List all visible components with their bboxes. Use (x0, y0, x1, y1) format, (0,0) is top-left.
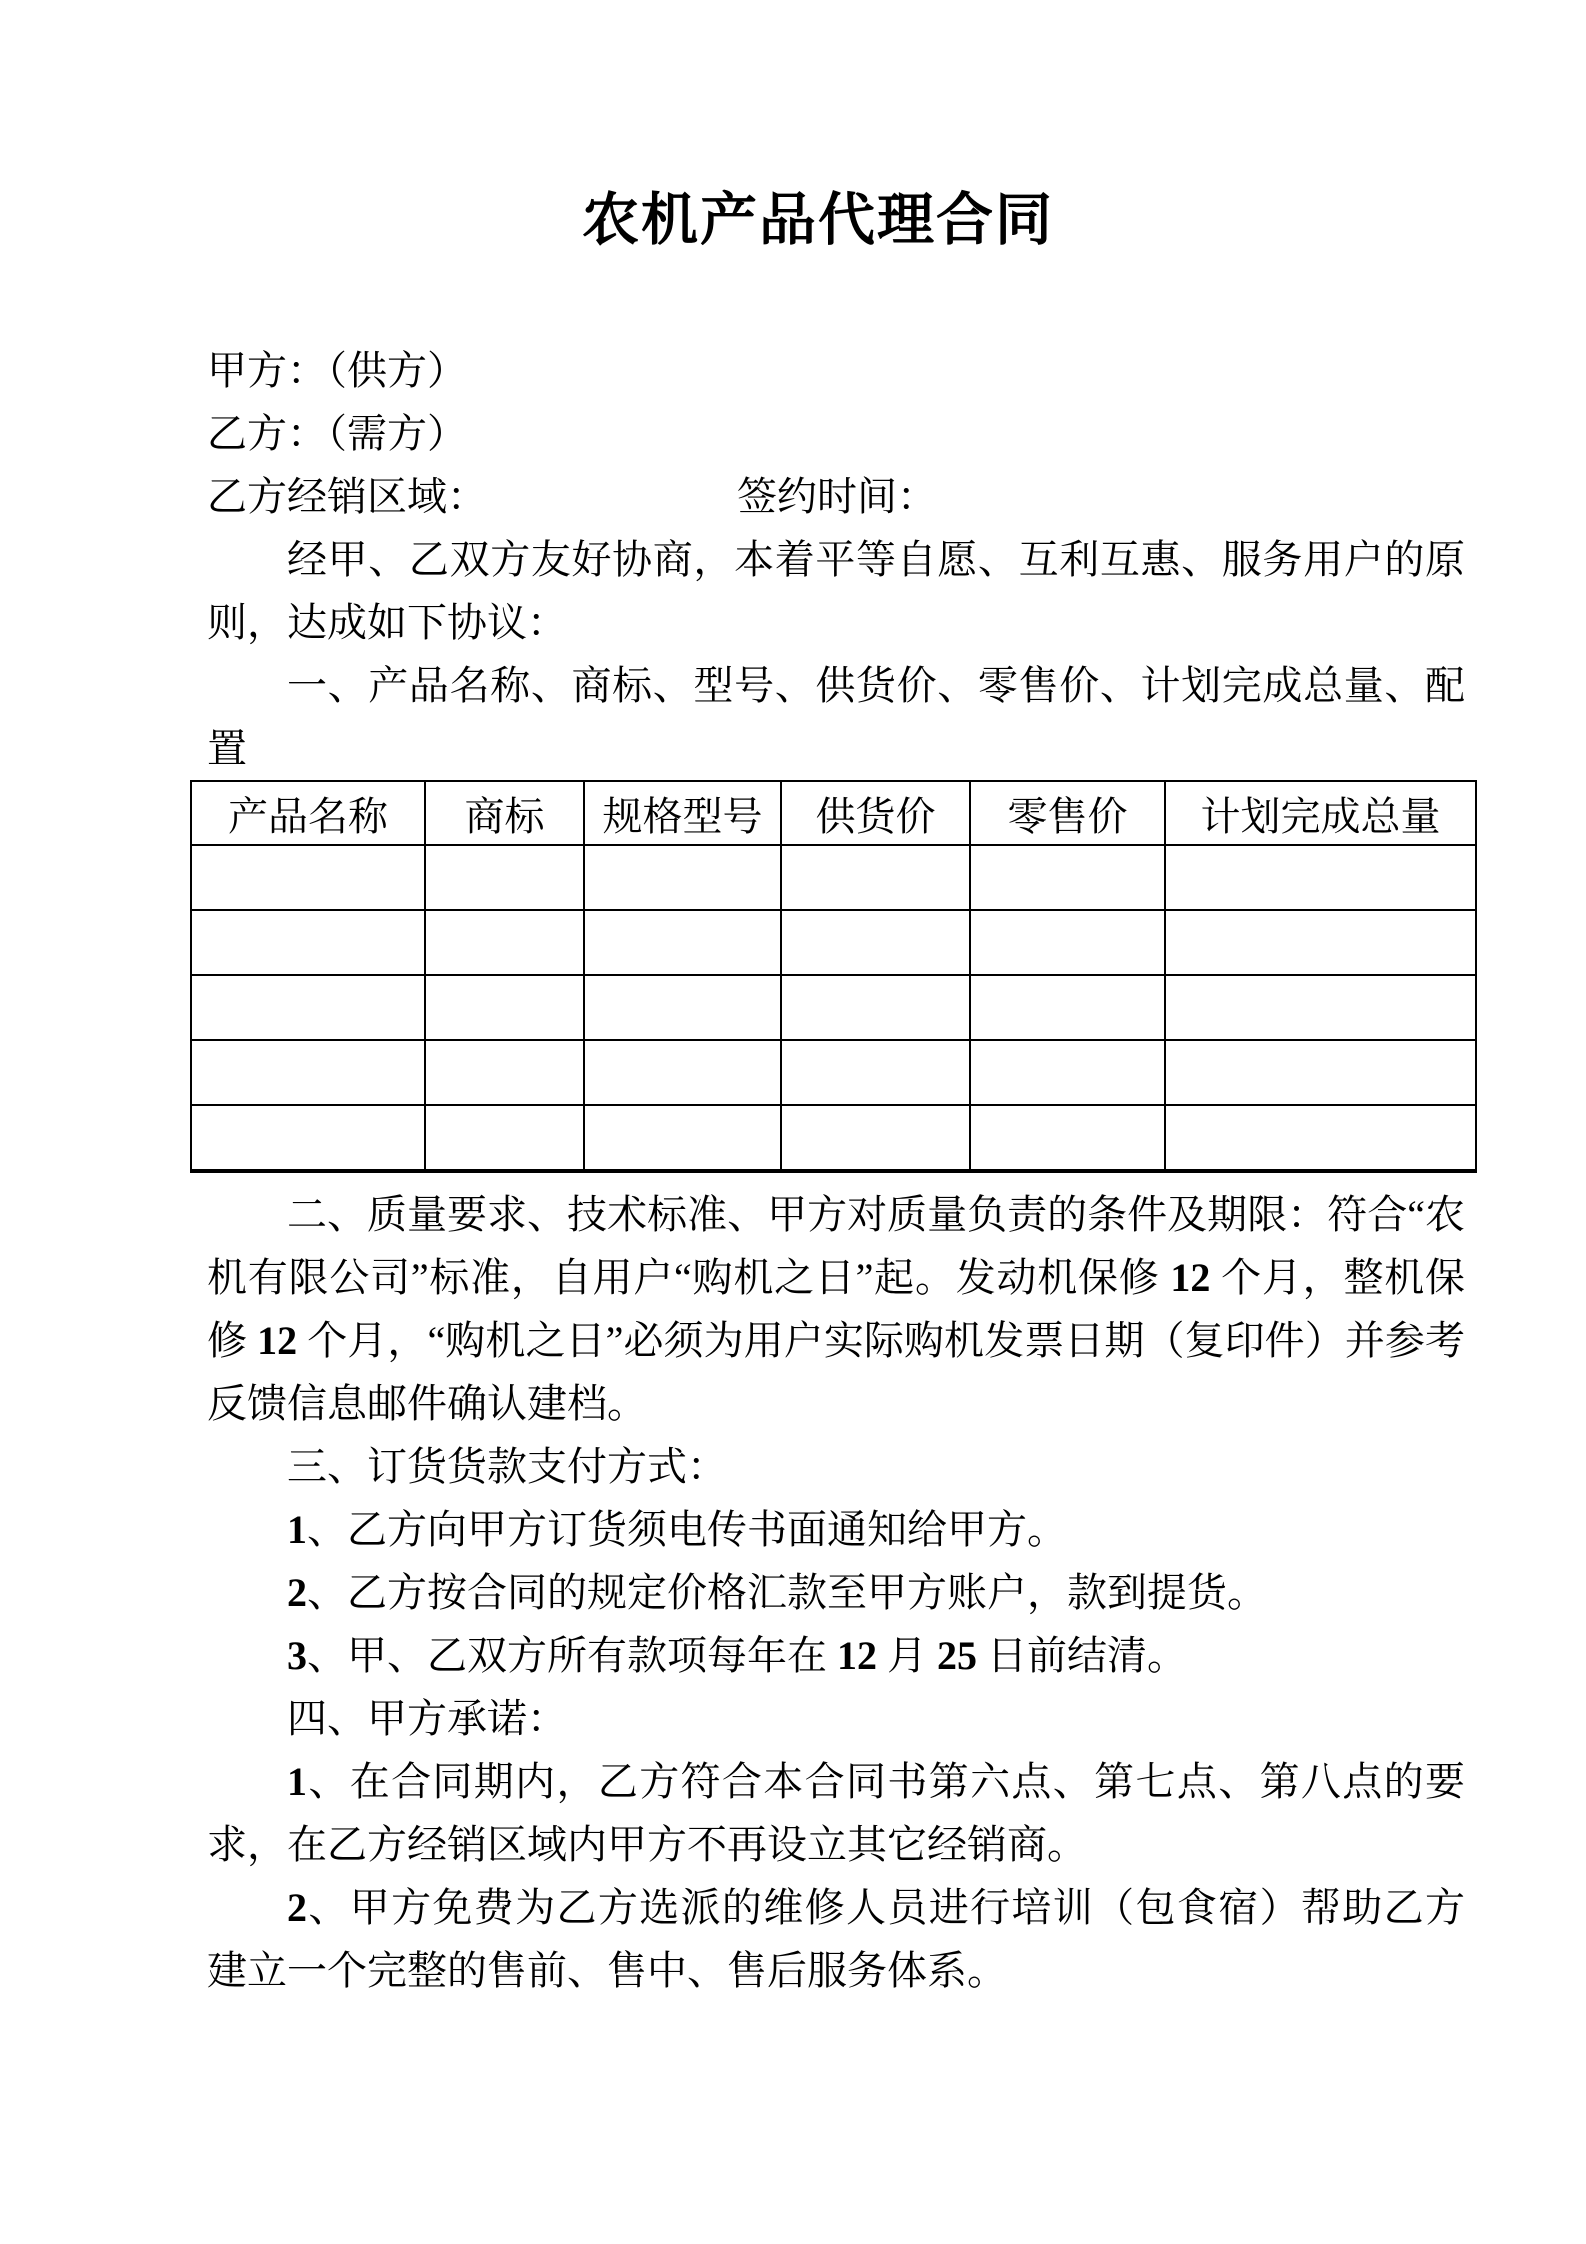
table-cell (781, 910, 970, 975)
table-cell (970, 975, 1165, 1040)
table-row (191, 845, 1476, 910)
sign-time-label: 签约时间： (737, 474, 937, 519)
text-run: 经甲、乙双方友好协商，本着平等自愿、互利互惠、服务用户的原则，达成如下协议： (207, 537, 1465, 645)
paragraph: 二、质量要求、技术标准、甲方对质量负责的条件及期限：符合“农机有限公司”标准，自… (207, 1183, 1465, 1435)
table-header-cell: 计划完成总量 (1165, 781, 1476, 845)
paragraph: 经甲、乙双方友好协商，本着平等自愿、互利互惠、服务用户的原则，达成如下协议： (207, 528, 1465, 654)
table-row (191, 1105, 1476, 1171)
text-run: 、在合同期内，乙方符合本合同书第六点、第七点、第八点的要求，在乙方经销区域内甲方… (207, 1759, 1465, 1867)
table-header-cell: 商标 (425, 781, 584, 845)
terms-paragraphs: 二、质量要求、技术标准、甲方对质量负责的条件及期限：符合“农机有限公司”标准，自… (207, 1183, 1465, 2002)
text-run: 日前结清。 (977, 1633, 1187, 1678)
table-cell (970, 845, 1165, 910)
table-cell (584, 975, 781, 1040)
text-run: 个月，“购机之日”必须为用户实际购机发票日期（复印件）并参考反馈信息邮件确认建档… (207, 1318, 1465, 1426)
table-row (191, 1040, 1476, 1105)
table-cell (425, 845, 584, 910)
table-cell (584, 1105, 781, 1171)
table-cell (1165, 975, 1476, 1040)
text-run: 、乙方按合同的规定价格汇款至甲方账户，款到提货。 (307, 1570, 1267, 1615)
table-cell (425, 975, 584, 1040)
party-a-line: 甲方：（供方） (207, 339, 1465, 402)
text-run: 一、产品名称、商标、型号、供货价、零售价、计划完成总量、配置 (207, 663, 1465, 771)
text-run: 四、甲方承诺： (287, 1696, 567, 1741)
text-run: 三、订货货款支付方式： (287, 1444, 727, 1489)
bold-number: 2 (287, 1885, 307, 1930)
table-cell (425, 1105, 584, 1171)
paragraph: 2、甲方免费为乙方选派的维修人员进行培训（包食宿）帮助乙方建立一个完整的售前、售… (207, 1876, 1465, 2002)
party-b-label: 乙方：（需方） (207, 411, 467, 456)
table-cell (1165, 845, 1476, 910)
bold-number: 12 (257, 1318, 297, 1363)
table-cell (1165, 910, 1476, 975)
table-cell (191, 975, 425, 1040)
region-label: 乙方经销区域： (207, 474, 487, 519)
table-cell (781, 1040, 970, 1105)
table-header-cell: 供货价 (781, 781, 970, 845)
bold-number: 1 (287, 1507, 307, 1552)
paragraph: 一、产品名称、商标、型号、供货价、零售价、计划完成总量、配置 (207, 654, 1465, 780)
document-title: 农机产品代理合同 (171, 185, 1465, 257)
table-cell (425, 1040, 584, 1105)
paragraph: 四、甲方承诺： (207, 1687, 1465, 1750)
table-cell (191, 845, 425, 910)
table-cell (970, 910, 1165, 975)
products-table: 产品名称商标规格型号供货价零售价计划完成总量 (190, 780, 1477, 1173)
table-cell (781, 975, 970, 1040)
bold-number: 12 (1170, 1255, 1210, 1300)
table-row (191, 910, 1476, 975)
text-run: 月 (877, 1633, 937, 1678)
bold-number: 1 (287, 1759, 307, 1804)
table-row (191, 975, 1476, 1040)
text-run: 、甲方免费为乙方选派的维修人员进行培训（包食宿）帮助乙方建立一个完整的售前、售中… (207, 1885, 1465, 1993)
region-signtime-line: 乙方经销区域：签约时间： (207, 465, 1465, 528)
table-cell (425, 910, 584, 975)
intro-paragraphs: 经甲、乙双方友好协商，本着平等自愿、互利互惠、服务用户的原则，达成如下协议：一、… (207, 528, 1465, 780)
table-cell (970, 1040, 1165, 1105)
bold-number: 25 (937, 1633, 977, 1678)
paragraph: 三、订货货款支付方式： (207, 1435, 1465, 1498)
table-cell (191, 1040, 425, 1105)
table-body (191, 845, 1476, 1171)
table-header-row: 产品名称商标规格型号供货价零售价计划完成总量 (191, 781, 1476, 845)
paragraph: 3、甲、乙双方所有款项每年在 12 月 25 日前结清。 (207, 1624, 1465, 1687)
table-cell (970, 1105, 1165, 1171)
table-cell (584, 1040, 781, 1105)
table-cell (781, 845, 970, 910)
text-run: 、乙方向甲方订货须电传书面通知给甲方。 (307, 1507, 1067, 1552)
table-cell (1165, 1105, 1476, 1171)
table-cell (584, 845, 781, 910)
contract-document-page: 农机产品代理合同 甲方：（供方） 乙方：（需方） 乙方经销区域：签约时间： 经甲… (0, 0, 1586, 2244)
table-cell (584, 910, 781, 975)
table-cell (191, 910, 425, 975)
paragraph: 1、在合同期内，乙方符合本合同书第六点、第七点、第八点的要求，在乙方经销区域内甲… (207, 1750, 1465, 1876)
table-header-cell: 产品名称 (191, 781, 425, 845)
paragraph: 1、乙方向甲方订货须电传书面通知给甲方。 (207, 1498, 1465, 1561)
party-b-line: 乙方：（需方） (207, 402, 1465, 465)
paragraph: 2、乙方按合同的规定价格汇款至甲方账户，款到提货。 (207, 1561, 1465, 1624)
party-a-label: 甲方：（供方） (207, 348, 467, 393)
text-run: 、甲、乙双方所有款项每年在 (307, 1633, 837, 1678)
table-cell (191, 1105, 425, 1171)
table-cell (1165, 1040, 1476, 1105)
bold-number: 12 (837, 1633, 877, 1678)
table-cell (781, 1105, 970, 1171)
bold-number: 3 (287, 1633, 307, 1678)
table-header-cell: 零售价 (970, 781, 1165, 845)
table-header-cell: 规格型号 (584, 781, 781, 845)
bold-number: 2 (287, 1570, 307, 1615)
